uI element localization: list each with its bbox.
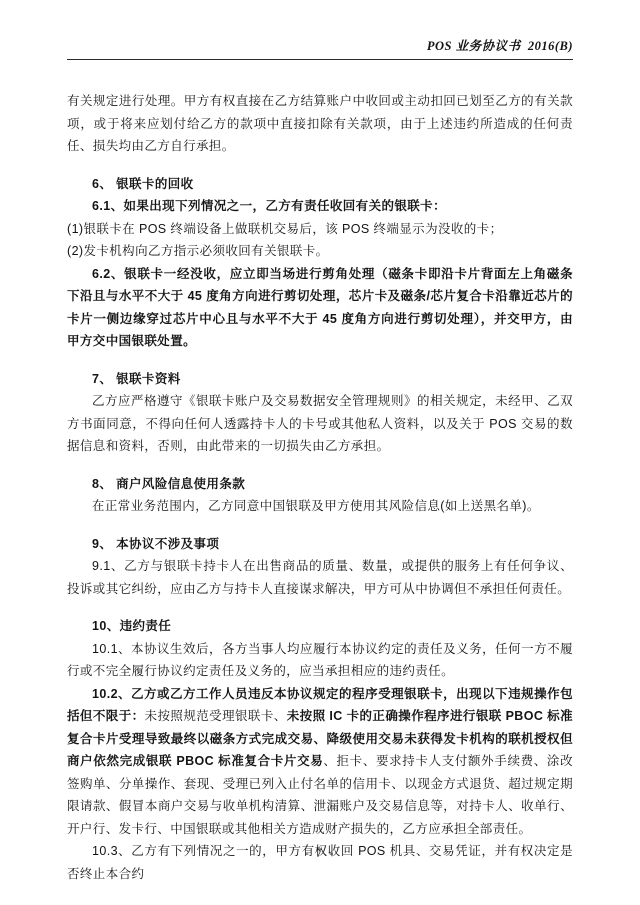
clause-8: 在正常业务范围内，乙方同意中国银联及甲方使用其风险信息(如上送黑名单)。 — [67, 495, 573, 518]
clause-6-2: 6.2、银联卡一经没收，应立即当场进行剪角处理（磁条卡即沿卡片背面左上角磁条下沿… — [67, 263, 573, 353]
section-7-heading: 7、 银联卡资料 — [67, 368, 573, 391]
clause-10-1: 10.1、本协议生效后，各方当事人均应履行本协议约定的责任及义务，任何一方不履行… — [67, 638, 573, 683]
page-header: POS 业务协议书 2016(B) — [67, 36, 573, 60]
clause-6-1-item-1: (1)银联卡在 POS 终端设备上做联机交易后，该 POS 终端显示为没收的卡； — [67, 218, 573, 241]
clause-9-1: 9.1、乙方与银联卡持卡人在出售商品的质量、数量，或提供的服务上有任何争议、投诉… — [67, 555, 573, 600]
header-title: POS 业务协议书 2016(B) — [427, 39, 573, 53]
section-9-heading: 9、 本协议不涉及事项 — [67, 533, 573, 556]
clause-7: 乙方应严格遵守《银联卡账户及交易数据安全管理规则》的相关规定，未经甲、乙双方书面… — [67, 390, 573, 458]
document-page: POS 业务协议书 2016(B) 有关规定进行处理。甲方有权直接在乙方结算账户… — [0, 0, 640, 905]
clause-10-2-text-1: 未按照规范受理银联卡、 — [145, 709, 287, 723]
page-number: - 7 - — [305, 846, 336, 860]
document-body: 有关规定进行处理。甲方有权直接在乙方结算账户中收回或主动扣回已划至乙方的有关款项… — [67, 90, 573, 885]
section-6-heading: 6、 银联卡的回收 — [67, 173, 573, 196]
paragraph-carryover: 有关规定进行处理。甲方有权直接在乙方结算账户中收回或主动扣回已划至乙方的有关款项… — [67, 90, 573, 158]
section-8-heading: 8、 商户风险信息使用条款 — [67, 473, 573, 496]
section-10-heading: 10、违约责任 — [67, 615, 573, 638]
clause-6-1-item-2: (2)发卡机构向乙方指示必须收回有关银联卡。 — [67, 240, 573, 263]
page-footer: - 7 - — [0, 844, 640, 862]
clause-6-1: 6.1、如果出现下列情况之一，乙方有责任收回有关的银联卡： — [67, 195, 573, 218]
clause-10-2: 10.2、乙方或乙方工作人员违反本协议规定的程序受理银联卡，出现以下违规操作包括… — [67, 683, 573, 841]
